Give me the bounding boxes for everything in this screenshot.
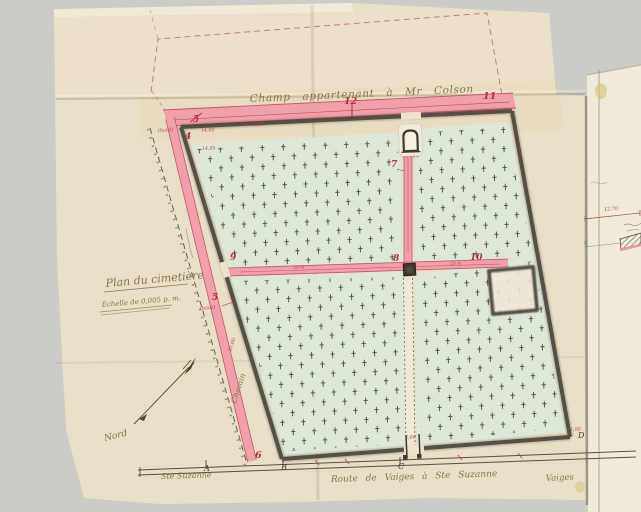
road-left-label: Ste Suzanne: [161, 470, 212, 481]
dim-haut-top: (haut): [158, 126, 174, 134]
road-point-c: C: [398, 462, 404, 471]
marker-8: 8: [393, 254, 400, 264]
marker-5-left: 5: [212, 293, 218, 303]
marker-10: 10: [470, 253, 483, 263]
dim-path-right: 20 m: [449, 261, 462, 267]
road-right-label: Vaiges: [546, 473, 575, 484]
marker-7: 7: [391, 160, 398, 170]
section-north-west: [197, 137, 398, 266]
marker-9: 9: [230, 253, 237, 263]
sheet-edge-shadow: [586, 96, 587, 505]
dim-inside-top-left: 14,95: [202, 145, 216, 152]
right-sheet-paper: [587, 65, 641, 512]
chapel-arch: [403, 130, 418, 151]
marker-4: 4: [185, 132, 191, 142]
foxing-stain: [595, 83, 607, 99]
marker-5-top: 5: [193, 115, 199, 125]
reserved-plot: [489, 267, 537, 314]
archival-plan-photo: 12,70 (14,5) 22,50 Champ appartenant à M…: [0, 0, 641, 512]
chapel: [398, 124, 422, 158]
dim-top-left: 14,60: [201, 127, 215, 134]
dim-haut-left: (haut): [200, 304, 216, 312]
profile-dim-label: 12,70: [604, 206, 620, 213]
north-gate-gap: [401, 115, 421, 116]
west-gate-gap: [223, 262, 228, 277]
south-gate-dim: 2,60: [404, 434, 417, 441]
dim-band-end: 14,60: [479, 109, 493, 116]
dim-corner-d: 1,00: [570, 426, 581, 433]
dim-path-left: 30 m: [293, 265, 305, 271]
dim-band-left: 80,50: [252, 121, 266, 128]
plan-drawing: 12,70 (14,5) 22,50 Champ appartenant à M…: [0, 0, 641, 512]
marker-11: 11: [483, 91, 496, 102]
marker-12: 12: [344, 96, 358, 107]
foxing-stain: [575, 481, 585, 493]
marker-6: 6: [255, 450, 262, 461]
dim-band-right: 80 m: [443, 112, 456, 119]
road-point-b: B: [280, 463, 287, 472]
central-monument: [403, 263, 416, 276]
